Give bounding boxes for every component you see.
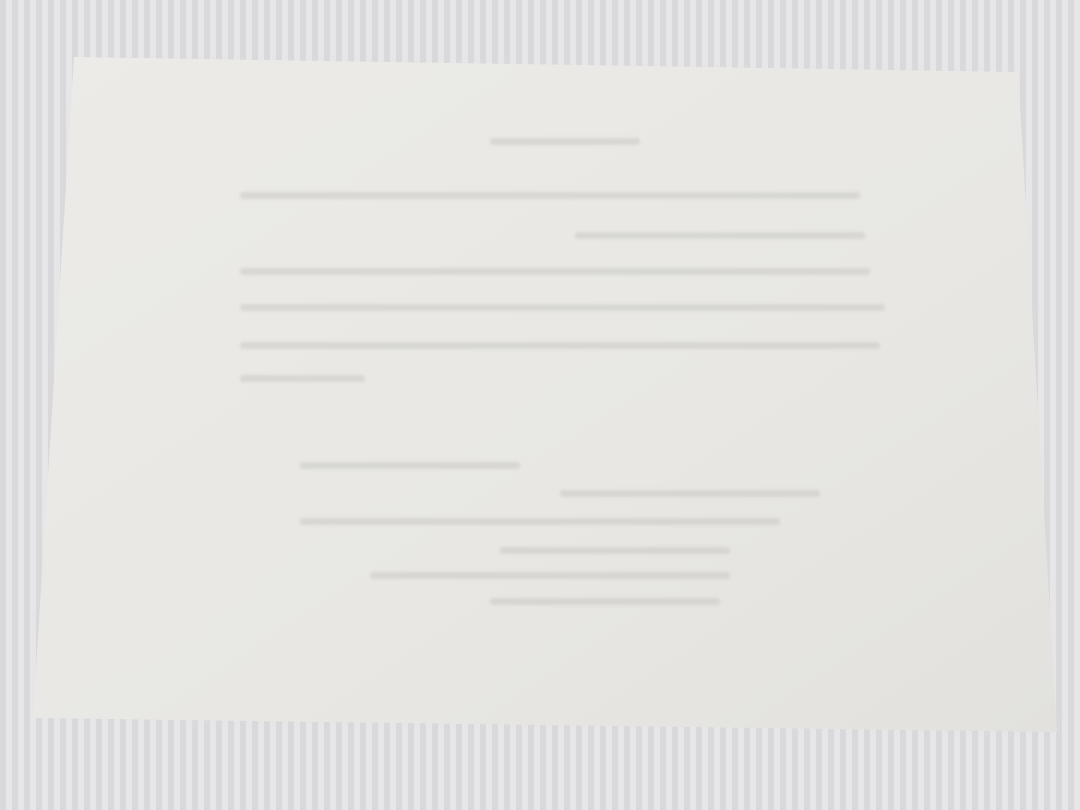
faint-text-line bbox=[240, 268, 870, 275]
faint-text-line bbox=[575, 232, 865, 239]
faint-text-line bbox=[300, 462, 520, 469]
faint-text-line bbox=[240, 304, 885, 311]
faint-text-line bbox=[240, 192, 860, 199]
faint-text-line bbox=[300, 518, 780, 525]
faint-title bbox=[490, 138, 640, 145]
faint-text-line bbox=[490, 598, 720, 605]
faint-text-line bbox=[240, 342, 880, 349]
faint-text-line bbox=[500, 547, 730, 554]
faint-text-line bbox=[560, 490, 820, 497]
paper-sheet bbox=[0, 0, 1080, 810]
faint-text-line bbox=[370, 572, 730, 579]
faint-text-line bbox=[240, 375, 365, 382]
